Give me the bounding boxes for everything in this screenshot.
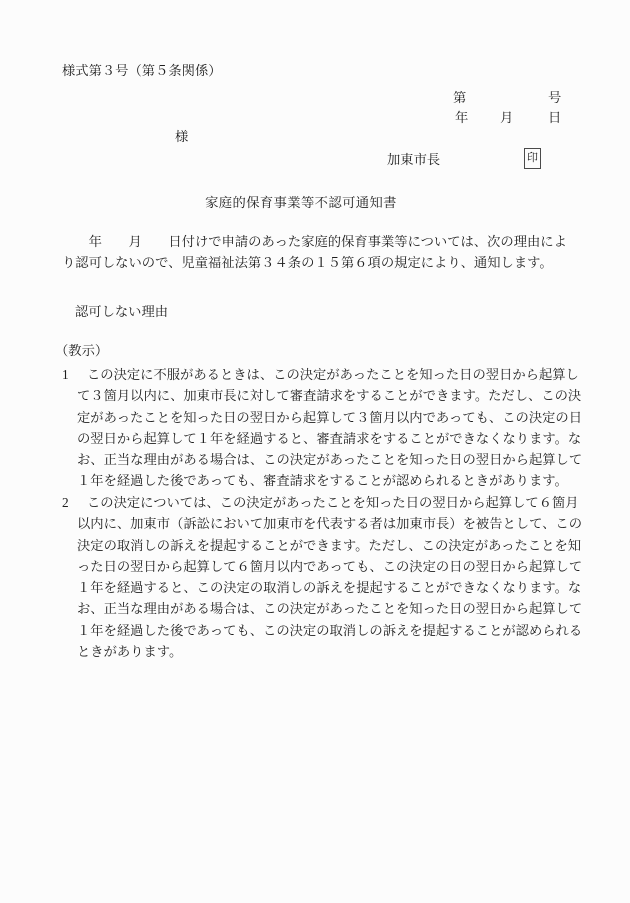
date-day-label: 日 bbox=[548, 109, 561, 127]
kyoji-item-first-line: 2この決定については、この決定があったことを知った日の翌日から起算して６箇月 bbox=[62, 492, 582, 513]
kyoji-item-line: った日の翌日から起算して６箇月以内であっても、この決定の日の翌日から起算して bbox=[77, 556, 582, 577]
kyoji-item-number: 2 bbox=[62, 492, 87, 513]
issuer-name: 加東市長 bbox=[387, 151, 440, 169]
kyoji-item-line: 定があったことを知った日の翌日から起算して３箇月以内であっても、この決定の日 bbox=[77, 407, 582, 428]
body-paragraph: 年 月 日付けで申請のあった家庭的保育事業等については、次の理由によ り認可しな… bbox=[62, 231, 602, 274]
date-month-label: 月 bbox=[500, 109, 513, 127]
body-line: 年 月 日付けで申請のあった家庭的保育事業等については、次の理由によ bbox=[62, 231, 602, 252]
kyoji-item-line: １年を経過した後であっても、審査請求をすることが認められるときがあります。 bbox=[77, 470, 582, 491]
date-year-label: 年 bbox=[455, 109, 468, 127]
kyoji-item-first-line: 1この決定に不服があるときは、この決定があったことを知った日の翌日から起算し bbox=[62, 364, 582, 385]
kyoji-item-line-text: この決定については、この決定があったことを知った日の翌日から起算して６箇月 bbox=[87, 495, 579, 510]
kyoji-item-line: お、正当な理由がある場合は、この決定があったことを知った日の翌日から起算して bbox=[77, 598, 582, 619]
kyoji-label: （教示） bbox=[55, 340, 108, 359]
kyoji-item-2: 2この決定については、この決定があったことを知った日の翌日から起算して６箇月 以… bbox=[62, 492, 582, 662]
body-line: り認可しないので、児童福祉法第３４条の１５第６項の規定により、通知します。 bbox=[62, 252, 602, 273]
kyoji-item-line: の翌日から起算して１年を経過すると、審査請求をすることができなくなります。な bbox=[77, 428, 582, 449]
kyoji-item-line-text: この決定に不服があるときは、この決定があったことを知った日の翌日から起算し bbox=[87, 367, 579, 382]
form-style-number: 様式第３号（第５条関係） bbox=[62, 62, 222, 80]
kyoji-item-number: 1 bbox=[62, 364, 87, 385]
kyoji-item-line: 以内に、加東市（訴訟において加東市を代表する者は加東市長）を被告として、この bbox=[77, 513, 582, 534]
kyoji-item-line: ときがあります。 bbox=[77, 641, 582, 662]
reason-label: 認可しない理由 bbox=[75, 301, 168, 320]
kyoji-item-line: １年を経過すると、この決定の取消しの訴えを提起することができなくなります。な bbox=[77, 577, 582, 598]
kyoji-item-line: １年を経過した後であっても、この決定の取消しの訴えを提起することが認められる bbox=[77, 620, 582, 641]
kyoji-item-1: 1この決定に不服があるときは、この決定があったことを知った日の翌日から起算し て… bbox=[62, 364, 582, 492]
kyoji-item-line: お、正当な理由がある場合は、この決定があったことを知った日の翌日から起算して bbox=[77, 449, 582, 470]
document-page: 様式第３号（第５条関係） 第 号 年 月 日 様 加東市長 印 家庭的保育事業等… bbox=[0, 0, 630, 903]
seal-box: 印 bbox=[524, 148, 541, 169]
addressee-honorific: 様 bbox=[175, 128, 188, 146]
kyoji-item-line: 決定の取消しの訴えを提起することができます。ただし、この決定があったことを知 bbox=[77, 535, 582, 556]
doc-number-prefix: 第 bbox=[453, 89, 466, 107]
kyoji-item-line: て３箇月以内に、加東市長に対して審査請求をすることができます。ただし、この決 bbox=[77, 385, 582, 406]
document-title: 家庭的保育事業等不認可通知書 bbox=[0, 192, 602, 211]
doc-number-suffix: 号 bbox=[548, 89, 561, 107]
